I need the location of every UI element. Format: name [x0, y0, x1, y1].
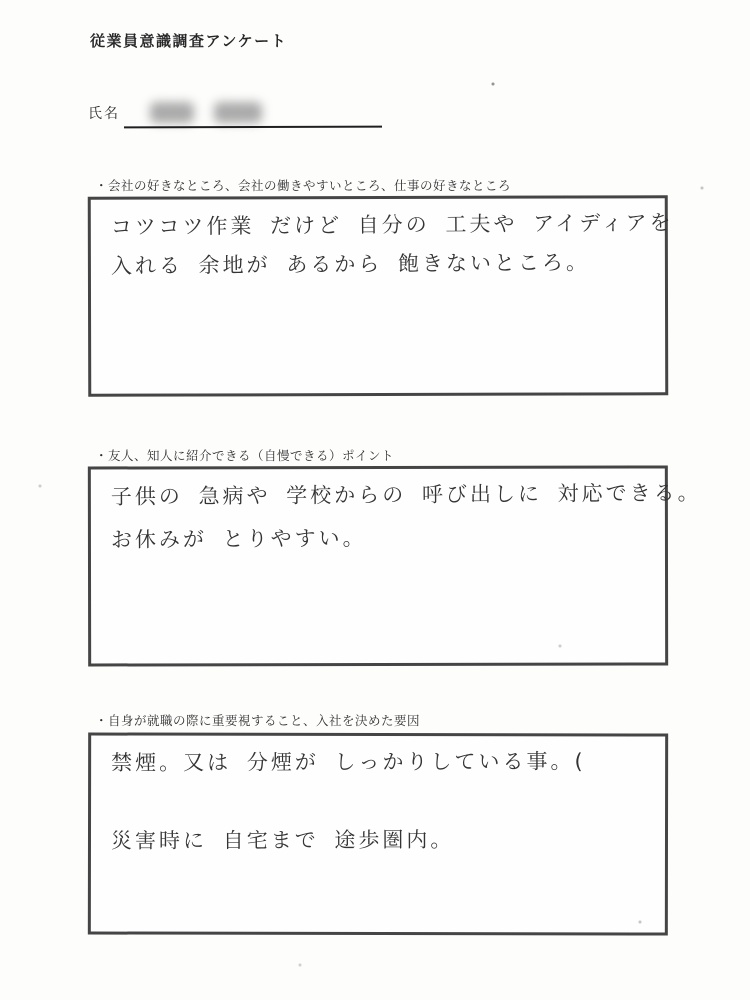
answer-box: 禁煙。又は 分煙が しっかりしている事。( 災害時に 自宅まで 途歩圏内。: [88, 732, 668, 935]
handwritten-answer-line: お休みが とりやすい。: [111, 523, 647, 553]
handwritten-answer-line: 災害時に 自宅まで 途歩圏内。: [111, 826, 647, 854]
name-underline: [124, 126, 382, 129]
handwritten-answer-line: 子供の 急病や 学校からの 呼び出しに 対応できる。: [111, 480, 647, 510]
answer-box: コツコツ作業 だけど 自分の 工夫や アイディアを 入れる 余地が あるから 飽…: [88, 195, 669, 397]
handwritten-answer-line: 禁煙。又は 分煙が しっかりしている事。(: [111, 748, 647, 776]
question-label: ・友人、知人に紹介できる（自慢できる）ポイント: [95, 446, 394, 464]
question-label: ・会社の好きなところ、会社の働きやすいところ、仕事の好きなところ: [95, 176, 511, 194]
redacted-name-blur: [214, 102, 262, 123]
scanned-survey-page: 従業員意識調査アンケート 氏名 ・会社の好きなところ、会社の働きやすいところ、仕…: [0, 0, 750, 1000]
page-title: 従業員意識調査アンケート: [90, 30, 287, 51]
redacted-name-blur: [150, 102, 194, 123]
name-label: 氏名: [88, 103, 120, 123]
question-label: ・自身が就職の際に重要視すること、入社を決めた要因: [95, 711, 420, 729]
handwritten-answer-line: 入れる 余地が あるから 飽きないところ。: [111, 249, 647, 279]
answer-box: 子供の 急病や 学校からの 呼び出しに 対応できる。 お休みが とりやすい。: [88, 465, 668, 666]
handwritten-answer-line: コツコツ作業 だけど 自分の 工夫や アイディアを: [111, 210, 647, 240]
